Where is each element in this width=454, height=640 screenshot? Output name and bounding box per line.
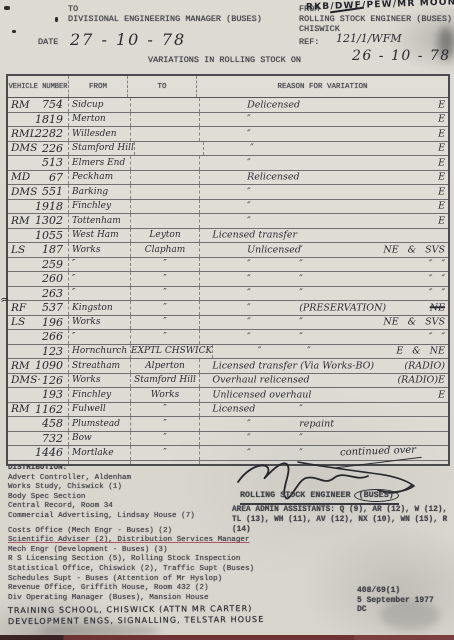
table-row: 458Plumstead″″repaint xyxy=(8,417,448,432)
document-title: VARIATIONS IN ROLLING STOCK ON xyxy=(148,55,301,65)
table-row: 1055West HamLeytonLicensed transfer xyxy=(8,229,448,244)
cell-vehicle: 1446 xyxy=(8,446,69,460)
cell-reason: ″″″ ″ xyxy=(200,258,448,272)
distribution-line: Body Spec Section xyxy=(8,493,264,503)
reason-text: ″ xyxy=(247,215,251,226)
reason-text: ″ xyxy=(247,128,251,139)
cell-from: Merton xyxy=(69,113,131,127)
table-row: LS187WorksClaphamUnlicensed″NE & SVS xyxy=(8,243,448,258)
table-row: RM1162Fulwell″Licensed″ xyxy=(8,403,448,418)
reason-text: ″ xyxy=(258,346,262,357)
cell-to xyxy=(131,98,200,112)
cell-from: Works xyxy=(69,243,131,257)
footer-date: 5 September 1977 xyxy=(357,596,434,606)
reason-text: Licensed transfer xyxy=(212,230,297,241)
cell-vehicle: RM754 xyxy=(8,98,69,112)
footer-ref-number: 408/69(1) xyxy=(357,586,434,596)
table-row: 259″″″″″ ″ xyxy=(8,258,448,273)
reason-note: ″ xyxy=(307,346,311,357)
cell-to: ″ xyxy=(131,258,200,272)
cell-from: Tottenham xyxy=(69,214,131,228)
cell-vehicle: RM1090 xyxy=(8,359,69,373)
cell-vehicle: DMS·126 xyxy=(8,374,69,388)
vehicle-number: 67 xyxy=(49,171,63,184)
allocation-tag: E xyxy=(438,128,445,139)
table-row: DMS·126WorksStamford HillOverhaul relice… xyxy=(8,374,448,389)
scan-edge-strip xyxy=(0,635,454,640)
cell-from: ″ xyxy=(69,287,131,301)
distribution-line: Central Record, Room 34 xyxy=(8,502,264,512)
cell-from: Willesden xyxy=(69,127,131,141)
distribution-line: DEVELOPMENT ENGS, SIGNALLING, TELSTAR HO… xyxy=(8,615,264,627)
cell-vehicle: RML2282 xyxy=(8,127,69,141)
cell-reason: ″E xyxy=(204,142,448,156)
cell-from: Stamford Hill xyxy=(69,142,135,156)
area-admin-assistants: AREA ADMIN ASSISTANTS: Q (9), AR (12), W… xyxy=(232,506,452,535)
cell-reason: ″″″ ″ xyxy=(200,330,448,344)
allocation-tag: E xyxy=(438,201,445,212)
to-value: DIVISIONAL ENGINEERING MANAGER (BUSES) xyxy=(68,14,262,24)
cell-to: ″ xyxy=(131,446,200,460)
date-label: DATE xyxy=(38,37,58,47)
cell-vehicle: 259 xyxy=(8,258,69,272)
vehicle-number: 551 xyxy=(42,185,63,198)
cell-from: Mortlake xyxy=(69,446,131,460)
vehicle-class-code: RM xyxy=(11,99,30,111)
document-footer-reference: 408/69(1) 5 September 1977 DC xyxy=(357,586,434,615)
reason-note: ″ xyxy=(299,404,303,415)
table-row: MD67PeckhamRelicensedE xyxy=(8,171,448,186)
allocation-tag: NE xyxy=(430,302,445,313)
vehicle-class-code: DMS xyxy=(11,186,37,198)
allocation-tag: (RADIO)E xyxy=(397,375,445,386)
footer-initials: DC xyxy=(357,605,434,615)
reason-text: ″ xyxy=(247,331,251,342)
cell-reason: ″E xyxy=(200,127,448,141)
cell-vehicle: LS187 xyxy=(8,243,69,257)
table-row: RML2282Willesden″E xyxy=(8,127,448,142)
table-row: 1918Finchley″E xyxy=(8,200,448,215)
distribution-line: Scientific Adviser (2), Distribution Ser… xyxy=(8,536,264,546)
cell-from: Hornchurch xyxy=(69,345,131,359)
cell-reason: Licensed transfer xyxy=(200,229,448,243)
cell-from: Streatham xyxy=(69,359,131,373)
distribution-line: Statistical Office, Chiswick (2), Traffi… xyxy=(8,565,264,575)
vehicle-class-code: RM xyxy=(11,360,30,372)
scan-speck xyxy=(4,6,10,10)
signature-title-buses-circled: (BUSES) xyxy=(354,489,399,502)
document-title-date-handwritten: 26 - 10 - 78 xyxy=(352,48,451,64)
vehicle-number: 126 xyxy=(42,374,63,387)
reason-text: ″ xyxy=(247,201,251,212)
distribution-line: Div Operating Manager (Buses), Mansion H… xyxy=(8,594,264,604)
reason-text: ″ xyxy=(247,317,251,328)
cell-reason: ″E xyxy=(200,113,448,127)
cell-vehicle: 193 xyxy=(8,388,69,402)
vehicle-number: 1162 xyxy=(35,403,63,416)
vehicle-number: 1055 xyxy=(35,229,63,242)
vehicle-number: 187 xyxy=(42,243,63,256)
distribution-line: Commercial Advertising, Lindsay House (7… xyxy=(8,512,264,522)
reason-text: ″ xyxy=(247,433,251,444)
cell-reason: Licensed transfer (Via Works-BO)(RADIO) xyxy=(200,359,448,373)
table-row: 263″″″″″ ″ xyxy=(8,287,448,302)
table-row: 123HornchurchEXPTL CHSWICK″″E & NE xyxy=(8,345,448,360)
cell-to xyxy=(131,156,200,170)
vehicle-class-code: LS xyxy=(11,316,25,328)
cell-to: ″ xyxy=(131,403,200,417)
reason-note: repaint xyxy=(299,418,334,429)
allocation-tag: E xyxy=(438,114,445,125)
allocation-tag: E xyxy=(438,186,445,197)
cell-to xyxy=(131,171,200,185)
vehicle-class-code: RM xyxy=(11,403,30,415)
reason-note: ″ xyxy=(299,331,303,342)
allocation-tag: E xyxy=(438,215,445,226)
reason-text: Delicensed xyxy=(247,99,300,110)
distribution-line: Works Study, Chiswick (1) xyxy=(8,483,264,493)
header-reason: REASON FOR VARIATION xyxy=(197,76,448,97)
cell-from: Plumstead xyxy=(69,417,131,431)
scanned-document-page: TO DIVISIONAL ENGINEERING MANAGER (BUSES… xyxy=(0,0,454,640)
distribution-line: Mech Engr (Development - Buses) (3) xyxy=(8,546,264,556)
cell-vehicle: 123 xyxy=(8,345,69,359)
cell-from: Works xyxy=(69,374,131,388)
table-row: RM754SidcupDelicensedE xyxy=(8,98,448,113)
variations-table: VEHICLE NUMBER FROM TO REASON FOR VARIAT… xyxy=(6,74,450,466)
vehicle-number: 226 xyxy=(42,142,63,155)
vehicle-number: 1302 xyxy=(35,214,63,227)
allocation-tag: E xyxy=(438,157,445,168)
to-block: TO DIVISIONAL ENGINEERING MANAGER (BUSES… xyxy=(68,4,262,24)
cell-reason: ″″″ ″ xyxy=(200,272,448,286)
cell-reason: RelicensedE xyxy=(200,171,448,185)
allocation-tag: NE & SVS xyxy=(383,317,445,328)
table-row: 260″″″″″ ″ xyxy=(8,272,448,287)
cell-vehicle: MD67 xyxy=(8,171,69,185)
distribution-lines: Advert Controller, AldenhamWorks Study, … xyxy=(8,474,264,626)
table-row: 513Elmers End″E xyxy=(8,156,448,171)
table-row: RF537Kingston″″(PRESERVATION)NE xyxy=(8,301,448,316)
cell-to xyxy=(135,142,204,156)
distribution-list: DISTRIBUTION: Advert Controller, Aldenha… xyxy=(8,464,264,626)
vehicle-class-code: RF xyxy=(11,302,26,314)
cell-vehicle: 513 xyxy=(8,156,69,170)
vehicle-number: 193 xyxy=(42,388,63,401)
reason-text: Licensed xyxy=(212,404,255,415)
vehicle-number: 1918 xyxy=(35,200,63,213)
cell-reason: ″″E & NE xyxy=(213,345,448,359)
vehicle-class-code: LS xyxy=(11,244,25,256)
ref-value-handwritten: 121/1/WFM xyxy=(336,32,402,45)
table-row: 732Bow″″″ xyxy=(8,432,448,447)
reason-text: ″ xyxy=(247,186,251,197)
cell-vehicle: 1055 xyxy=(8,229,69,243)
cell-to: ″ xyxy=(131,330,200,344)
cell-to xyxy=(131,185,200,199)
cell-to: Leyton xyxy=(131,229,200,243)
reason-text: ″ xyxy=(247,447,251,458)
table-row: 1819Merton″E xyxy=(8,113,448,128)
cell-to: Alperton xyxy=(131,359,200,373)
cell-to: ″ xyxy=(131,287,200,301)
cell-to xyxy=(131,214,200,228)
cell-vehicle: RF537 xyxy=(8,301,69,315)
table-row: RM1302Tottenham″E xyxy=(8,214,448,229)
reason-text: ″ xyxy=(247,114,251,125)
cell-reason: ″repaint xyxy=(200,417,448,431)
scan-speck xyxy=(12,30,16,33)
cell-to: ″ xyxy=(131,301,200,315)
distribution-line-underlined: Scientific Adviser (2), Distribution Ser… xyxy=(8,536,250,544)
reason-text: ″ xyxy=(247,273,251,284)
cell-vehicle: RM1162 xyxy=(8,403,69,417)
cell-reason: DelicensedE xyxy=(200,98,448,112)
cell-reason: Overhaul relicensed(RADIO)E xyxy=(200,374,448,388)
allocation-tag: E xyxy=(438,99,445,110)
cell-vehicle: 266 xyxy=(8,330,69,344)
reason-text: Overhaul relicensed xyxy=(212,375,309,386)
allocation-tag: E xyxy=(438,172,445,183)
allocation-tag: ″ ″ xyxy=(429,331,445,342)
reason-text: ″ xyxy=(247,418,251,429)
allocation-tag: (RADIO) xyxy=(404,360,445,371)
reason-text: Licensed transfer (Via Works-BO) xyxy=(212,360,374,371)
cell-to: Works xyxy=(131,388,200,402)
cell-vehicle: 260 xyxy=(8,272,69,286)
vehicle-number: 513 xyxy=(42,156,63,169)
vehicle-number: 754 xyxy=(42,98,63,111)
header-vehicle-number: VEHICLE NUMBER xyxy=(8,76,69,97)
distribution-line: Costs Office (Mech Engr - Buses) (2) xyxy=(8,527,264,537)
reason-note: ″ xyxy=(299,244,303,255)
cell-to xyxy=(131,127,200,141)
date-value-handwritten: 27 - 10 - 78 xyxy=(70,30,186,49)
cell-to: ″ xyxy=(131,432,200,446)
reason-note: ″ xyxy=(299,273,303,284)
reason-note: ″ xyxy=(299,288,303,299)
cell-from: Finchley xyxy=(69,388,131,402)
reason-note: ″ xyxy=(299,447,303,458)
vehicle-number: 266 xyxy=(42,330,63,343)
distribution-line: R S Licensing Section (5), Rolling Stock… xyxy=(8,555,264,565)
distribution-line: Advert Controller, Aldenham xyxy=(8,474,264,484)
to-label: TO xyxy=(68,4,262,14)
table-row: LS196Works″″″NE & SVS xyxy=(8,316,448,331)
table-row: DMS226Stamford Hill″E xyxy=(8,142,448,157)
vehicle-number: 1090 xyxy=(35,359,63,372)
vehicle-number: 196 xyxy=(42,316,63,329)
vehicle-number: 458 xyxy=(42,417,63,430)
reason-text: ″ xyxy=(247,259,251,270)
reason-text: ″ xyxy=(247,157,251,168)
cell-vehicle: 458 xyxy=(8,417,69,431)
distribution-line: Schedules Supt - Buses (Attention of Mr … xyxy=(8,575,264,585)
vehicle-class-code: DMS xyxy=(11,142,37,154)
from-value: ROLLING STOCK ENGINEER (BUSES) xyxy=(299,14,452,24)
cell-vehicle: RM1302 xyxy=(8,214,69,228)
cell-vehicle: 1918 xyxy=(8,200,69,214)
cell-reason: Licensed″ xyxy=(200,403,448,417)
cell-vehicle: LS196 xyxy=(8,316,69,330)
allocation-tag: NE & SVS xyxy=(383,244,445,255)
cell-from: West Ham xyxy=(69,229,131,243)
ref-label: REF: xyxy=(299,37,319,47)
vehicle-class-code: RML xyxy=(11,128,37,140)
table-row: DMS551Barking″E xyxy=(8,185,448,200)
allocation-tag: ″ ″ xyxy=(429,288,445,299)
cell-reason: ″(PRESERVATION)NE xyxy=(200,301,448,315)
allocation-tag: ″ ″ xyxy=(429,273,445,284)
cell-to xyxy=(131,113,200,127)
allocation-tag: E xyxy=(438,143,445,154)
cell-from: Fulwell xyxy=(69,403,131,417)
distribution-line: Revenue Office, Griffith House, Room 432… xyxy=(8,584,264,594)
cell-from: ″ xyxy=(69,258,131,272)
cell-to: Clapham xyxy=(131,243,200,257)
reason-text: Relicensed xyxy=(247,172,300,183)
cell-from: Peckham xyxy=(69,171,131,185)
vehicle-number: 2282 xyxy=(35,127,63,140)
table-row: RM1090StreathamAlpertonLicensed transfer… xyxy=(8,359,448,374)
vehicle-class-code: MD xyxy=(11,171,30,183)
cell-reason: Unlicensed″NE & SVS xyxy=(200,243,448,257)
cell-from: Kingston xyxy=(69,301,131,315)
vehicle-number: 260 xyxy=(42,272,63,285)
reason-note: ″ xyxy=(299,259,303,270)
cell-from: Works xyxy=(69,316,131,330)
vehicle-number: 263 xyxy=(42,287,63,300)
cell-reason: Unlicensed overhaulE xyxy=(200,388,448,402)
cell-to: Stamford Hill xyxy=(131,374,200,388)
distribution-line: TRAINING SCHOOL, CHISWICK (ATTN MR CARTE… xyxy=(8,604,264,616)
vehicle-number: 1446 xyxy=(35,446,63,459)
cell-from: Sidcup xyxy=(69,98,131,112)
cell-reason: ″E xyxy=(200,156,448,170)
cell-from: Finchley xyxy=(69,200,131,214)
table-header-row: VEHICLE NUMBER FROM TO REASON FOR VARIAT… xyxy=(8,76,448,98)
cell-vehicle: DMS226 xyxy=(8,142,69,156)
reason-text: Unlicensed xyxy=(247,244,301,255)
cell-from: ″ xyxy=(69,272,131,286)
cell-reason: ″E xyxy=(200,214,448,228)
scan-speck xyxy=(55,17,58,22)
vehicle-number: 732 xyxy=(42,432,63,445)
cell-reason: ″″NE & SVS xyxy=(200,316,448,330)
cell-to: ″ xyxy=(131,316,200,330)
cell-to: ″ xyxy=(131,417,200,431)
reason-text: Unlicensed overhaul xyxy=(212,389,311,400)
vehicle-number: 1819 xyxy=(35,113,63,126)
cell-reason: ″E xyxy=(200,200,448,214)
cell-to: EXPTL CHSWICK xyxy=(131,345,213,359)
distribution-heading: DISTRIBUTION: xyxy=(8,464,264,474)
reason-note: (PRESERVATION) xyxy=(299,302,386,313)
table-rows: RM754SidcupDelicensedE1819Merton″ERML228… xyxy=(8,98,448,464)
vehicle-number: 537 xyxy=(42,301,63,314)
table-row: 193FinchleyWorksUnlicensed overhaulE xyxy=(8,388,448,403)
header-to: TO xyxy=(128,76,197,97)
vehicle-number: 123 xyxy=(42,345,63,358)
cell-vehicle: 263 xyxy=(8,287,69,301)
cell-from: Barking xyxy=(69,185,131,199)
cell-vehicle: 732 xyxy=(8,432,69,446)
cell-to: ″ xyxy=(131,272,200,286)
reason-note: ″ xyxy=(299,433,303,444)
cell-vehicle: DMS551 xyxy=(8,185,69,199)
cell-from: Bow xyxy=(69,432,131,446)
cell-reason: ″E xyxy=(200,185,448,199)
reason-text: ″ xyxy=(247,302,251,313)
reason-note: ″ xyxy=(299,317,303,328)
cell-from: ″ xyxy=(69,330,131,344)
cell-from: Elmers End xyxy=(69,156,131,170)
cell-reason: ″″ xyxy=(200,432,448,446)
reason-text: ″ xyxy=(247,288,251,299)
reason-text: ″ xyxy=(250,143,254,154)
vehicle-class-code: RM xyxy=(11,215,30,227)
vehicle-class-code: DMS· xyxy=(11,374,41,386)
vehicle-number: 259 xyxy=(42,258,63,271)
allocation-tag: ″ ″ xyxy=(429,259,445,270)
cell-reason: ″″″ ″ xyxy=(200,287,448,301)
cell-to xyxy=(131,200,200,214)
table-row: 266″″″″″ ″ xyxy=(8,330,448,345)
allocation-tag: E xyxy=(438,389,445,400)
allocation-tag: E & NE xyxy=(396,346,445,357)
header-from: FROM xyxy=(69,76,128,97)
cell-vehicle: 1819 xyxy=(8,113,69,127)
